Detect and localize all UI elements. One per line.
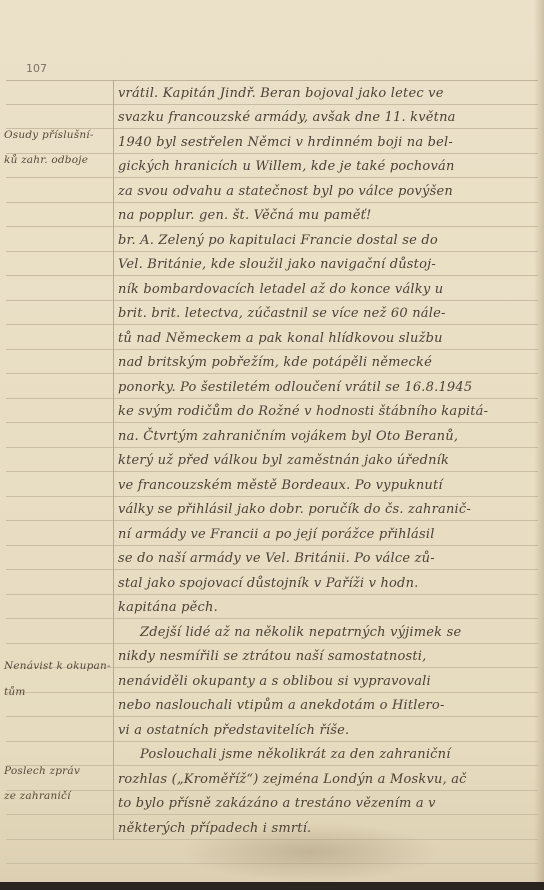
text-line: ponorky. Po šestiletém odloučení vrátil … <box>118 380 472 395</box>
text-line: nad britským pobřežím, kde potápěli něme… <box>118 355 432 370</box>
margin-note: Poslech zpráv <box>4 765 80 777</box>
text-line: ník bombardovacích letadel až do konce v… <box>118 282 443 297</box>
rule <box>6 373 538 374</box>
text-line: se do naší armády ve Vel. Británii. Po v… <box>118 551 435 566</box>
text-line: nenáviděli okupanty a s oblibou si vypra… <box>118 674 431 689</box>
text-line: vrátil. Kapitán Jindř. Beran bojoval jak… <box>118 86 444 101</box>
text-line: Zdejší lidé až na několik nepatrných výj… <box>140 625 461 640</box>
rule <box>6 716 538 717</box>
margin-note: Osudy příslušní- <box>4 129 94 141</box>
rule <box>6 618 538 619</box>
rule <box>6 398 538 399</box>
rule <box>6 765 538 766</box>
text-line: vi a ostatních představitelích říše. <box>118 723 349 738</box>
rule <box>6 569 538 570</box>
page-edge-shadow <box>534 0 544 882</box>
rule <box>6 324 538 325</box>
text-line: za svou odvahu a statečnost byl po válce… <box>118 184 453 199</box>
rule <box>6 839 538 840</box>
text-line: Poslouchali jsme několikrát za den zahra… <box>140 747 451 762</box>
chronicle-page: 107 Osudy příslušní- ků zahr. odboje Nen… <box>0 0 544 882</box>
page-number: 107 <box>26 62 47 75</box>
text-line: 1940 byl sestřelen Němci v hrdinném boji… <box>118 135 453 150</box>
text-line: na popplur. gen. št. Věčná mu paměť! <box>118 208 371 223</box>
rule <box>6 422 538 423</box>
rule <box>6 104 538 105</box>
margin-note: ze zahraničí <box>4 790 71 802</box>
header-rule <box>6 80 538 81</box>
text-line: gických hranicích u Willem, kde je také … <box>118 159 455 174</box>
rule <box>6 300 538 301</box>
text-line: ní armády ve Francii a po její porážce p… <box>118 527 435 542</box>
rule <box>6 177 538 178</box>
rule <box>6 643 538 644</box>
rule <box>6 814 538 815</box>
text-line: svazku francouzské armády, avšak dne 11.… <box>118 110 456 125</box>
rule <box>6 692 538 693</box>
text-line: války se přihlásil jako dobr. poručík do… <box>118 502 471 517</box>
rule <box>6 520 538 521</box>
rule <box>6 251 538 252</box>
text-line: tů nad Německem a pak konal hlídkovou sl… <box>118 331 443 346</box>
text-line: brit. brit. letectva, zúčastnil se více … <box>118 306 446 321</box>
margin-note: ků zahr. odboje <box>4 154 88 166</box>
text-line: některých případech i smrtí. <box>118 821 311 836</box>
rule <box>6 790 538 791</box>
text-line: ke svým rodičům do Rožné v hodnosti štáb… <box>118 404 488 419</box>
margin-note: Nenávist k okupan- <box>4 660 111 672</box>
rule <box>6 594 538 595</box>
rule <box>6 471 538 472</box>
margin-note: tům <box>4 686 26 698</box>
text-line: rozhlas („Kroměříž“) zejména Londýn a Mo… <box>118 772 467 787</box>
scan-background <box>0 882 544 890</box>
rule <box>6 275 538 276</box>
text-line: nikdy nesmířili se ztrátou naší samostat… <box>118 649 426 664</box>
text-line: Vel. Británie, kde sloužil jako navigačn… <box>118 257 436 272</box>
text-line: stal jako spojovací důstojník v Paříži v… <box>118 576 419 591</box>
text-line: br. A. Zelený po kapitulaci Francie dost… <box>118 233 438 248</box>
margin-divider <box>113 80 114 840</box>
rule <box>6 226 538 227</box>
text-line: kapitána pěch. <box>118 600 218 615</box>
rule <box>6 545 538 546</box>
rule <box>6 447 538 448</box>
rule <box>6 741 538 742</box>
text-line: ve francouzském městě Bordeaux. Po vypuk… <box>118 478 443 493</box>
text-line: který už před válkou byl zaměstnán jako … <box>118 453 449 468</box>
rule <box>6 349 538 350</box>
rule <box>6 863 538 864</box>
rule <box>6 496 538 497</box>
text-line: to bylo přísně zakázáno a trestáno vězen… <box>118 796 436 811</box>
rule <box>6 202 538 203</box>
text-line: na. Čtvrtým zahraničním vojákem byl Oto … <box>118 429 458 444</box>
text-line: nebo naslouchali vtipům a anekdotám o Hi… <box>118 698 445 713</box>
